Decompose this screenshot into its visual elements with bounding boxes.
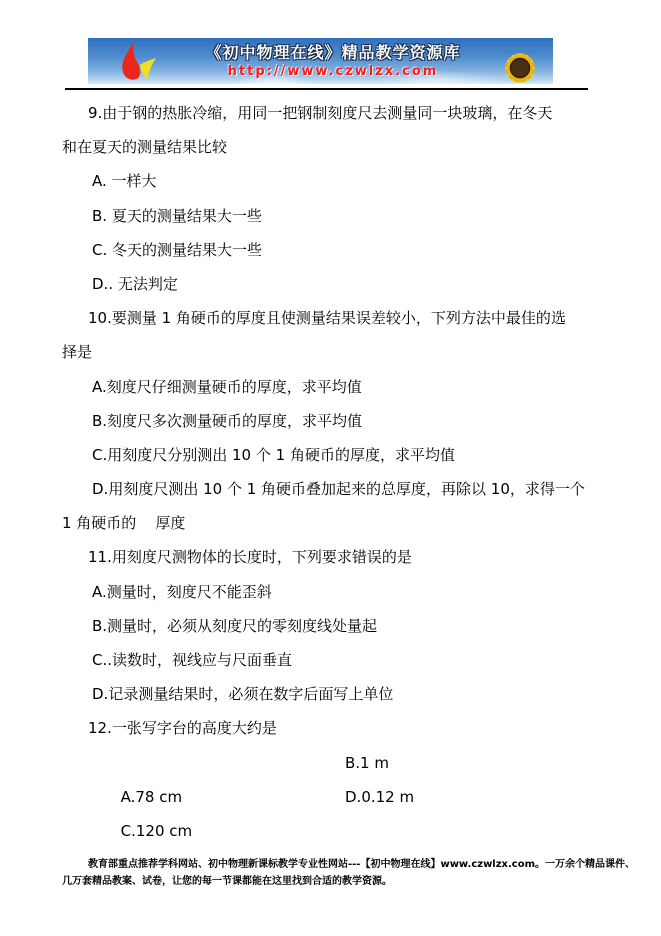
q11-option-c: C..读数时，视线应与尺面垂直: [0, 643, 661, 677]
q10-stem-line2: 择是: [0, 335, 661, 369]
q9-stem-line1: 9.由于钢的热胀冷缩，用同一把钢制刻度尺去测量同一块玻璃，在冬天: [0, 96, 661, 130]
q12-stem: 12.一张写字台的高度大约是: [0, 711, 661, 745]
q9-option-d: D.. 无法判定: [0, 267, 661, 301]
site-banner: 《初中物理在线》精品教学资源库 http://www.czwlzx.com: [88, 38, 553, 84]
q11-option-b: B.测量时，必须从刻度尺的零刻度线处量起: [0, 609, 661, 643]
q12-option-c: C.120 cm: [121, 822, 193, 840]
q10-option-d-line2: 1 角硬币的 厚度: [0, 506, 661, 540]
q12-option-b: B.1 m: [345, 746, 389, 780]
document-page: 《初中物理在线》精品教学资源库 http://www.czwlzx.com: [0, 0, 661, 936]
q10-stem-line1: 10.要测量 1 角硬币的厚度且使测量结果误差较小，下列方法中最佳的选: [0, 301, 661, 335]
sunflower-icon: [487, 38, 553, 84]
q12-options-row1: A.78 cm B.1 m: [0, 746, 661, 780]
question-body: 9.由于钢的热胀冷缩，用同一把钢制刻度尺去测量同一块玻璃，在冬天 和在夏天的测量…: [0, 96, 661, 814]
q9-option-c: C. 冬天的测量结果大一些: [0, 233, 661, 267]
q9-option-a: A. 一样大: [0, 164, 661, 198]
q9-stem-line2: 和在夏天的测量结果比较: [0, 130, 661, 164]
site-title: 《初中物理在线》精品教学资源库: [168, 40, 498, 63]
banner-text-block: 《初中物理在线》精品教学资源库 http://www.czwlzx.com: [168, 40, 498, 79]
q10-option-d-line1: D.用刻度尺测出 10 个 1 角硬币叠加起来的总厚度，再除以 10，求得一个: [0, 472, 661, 506]
q10-option-b: B.刻度尺多次测量硬币的厚度，求平均值: [0, 404, 661, 438]
footer-line2: 几万套精品教案、试卷，让您的每一节课都能在这里找到合适的教学资源。: [62, 873, 610, 890]
footer-line1: 教育部重点推荐学科网站、初中物理新课标教学专业性网站---【初中物理在线】www…: [62, 856, 610, 873]
q12-option-d: D.0.12 m: [345, 780, 414, 814]
site-url: http://www.czwlzx.com: [168, 64, 498, 79]
q10-option-a: A.刻度尺仔细测量硬币的厚度，求平均值: [0, 370, 661, 404]
q10-option-c: C.用刻度尺分别测出 10 个 1 角硬币的厚度，求平均值: [0, 438, 661, 472]
q12-options-row2: C.120 cm D.0.12 m: [0, 780, 661, 814]
q11-option-a: A.测量时，刻度尺不能歪斜: [0, 575, 661, 609]
flame-logo-icon: [112, 41, 160, 84]
q9-option-b: B. 夏天的测量结果大一些: [0, 199, 661, 233]
q11-stem: 11.用刻度尺测物体的长度时，下列要求错误的是: [0, 540, 661, 574]
header-divider-line: [65, 88, 588, 90]
page-footer: 教育部重点推荐学科网站、初中物理新课标教学专业性网站---【初中物理在线】www…: [62, 856, 610, 890]
q11-option-d: D.记录测量结果时，必须在数字后面写上单位: [0, 677, 661, 711]
